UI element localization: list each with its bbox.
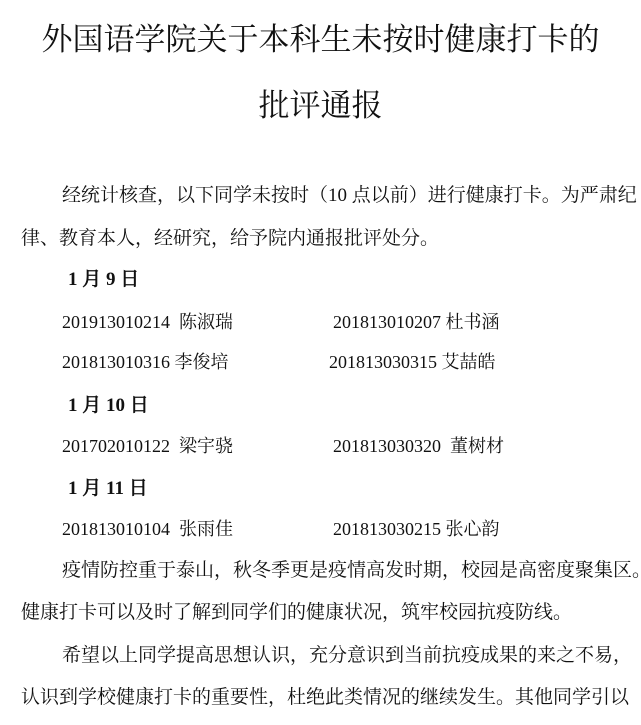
student-name: 张雨佳	[179, 519, 233, 539]
student-name: 陈淑瑞	[179, 312, 233, 332]
student-entry: 201813010316 李俊培	[62, 348, 229, 374]
student-entry: 201813010104 张雨佳	[62, 515, 233, 541]
student-name: 艾喆皓	[442, 352, 496, 372]
intro-paragraph-line-2: 律、教育本人，经研究，给予院内通报批评处分。	[21, 223, 439, 250]
document-title-line-1: 外国语学院关于本科生未按时健康打卡的	[0, 14, 641, 59]
paragraph-2-line-2: 健康打卡可以及时了解到同学们的健康状况，筑牢校园抗疫防线。	[21, 597, 572, 624]
intro-paragraph-line-1: 经统计核查，以下同学未按时（10 点以前）进行健康打卡。为严肃纪	[62, 180, 637, 207]
section-date-jan-11: 1 月 11 日	[68, 473, 148, 500]
section-date-jan-9: 1 月 9 日	[68, 264, 139, 291]
student-entry: 201702010122 梁宇骁	[62, 432, 233, 458]
student-entry: 201913010214 陈淑瑞	[62, 308, 233, 334]
student-name: 杜书涵	[446, 312, 500, 332]
student-id: 201813030215	[333, 519, 441, 539]
student-name: 李俊培	[175, 352, 229, 372]
student-entry: 201813030320 董树材	[333, 432, 504, 458]
student-name: 张心韵	[446, 519, 500, 539]
section-date-jan-10: 1 月 10 日	[68, 390, 149, 417]
paragraph-2-line-1: 疫情防控重于泰山，秋冬季更是疫情高发时期，校园是高密度聚集区。	[62, 555, 641, 582]
student-name: 梁宇骁	[179, 436, 233, 456]
student-id: 201813010104	[62, 519, 170, 539]
student-id: 201913010214	[62, 312, 170, 332]
student-name: 董树材	[450, 436, 504, 456]
student-id: 201813010207	[333, 312, 441, 332]
paragraph-3-line-1: 希望以上同学提高思想认识，充分意识到当前抗疫成果的来之不易，	[62, 640, 632, 667]
student-id: 201813030315	[329, 352, 437, 372]
student-entry: 201813030315 艾喆皓	[329, 348, 496, 374]
student-id: 201813030320	[333, 436, 441, 456]
student-entry: 201813030215 张心韵	[333, 515, 500, 541]
document-title-line-2: 批评通报	[0, 80, 641, 125]
paragraph-3-line-2: 认识到学校健康打卡的重要性，杜绝此类情况的继续发生。其他同学引以	[21, 682, 629, 709]
student-id: 201813010316	[62, 352, 170, 372]
student-entry: 201813010207 杜书涵	[333, 308, 500, 334]
student-id: 201702010122	[62, 436, 170, 456]
